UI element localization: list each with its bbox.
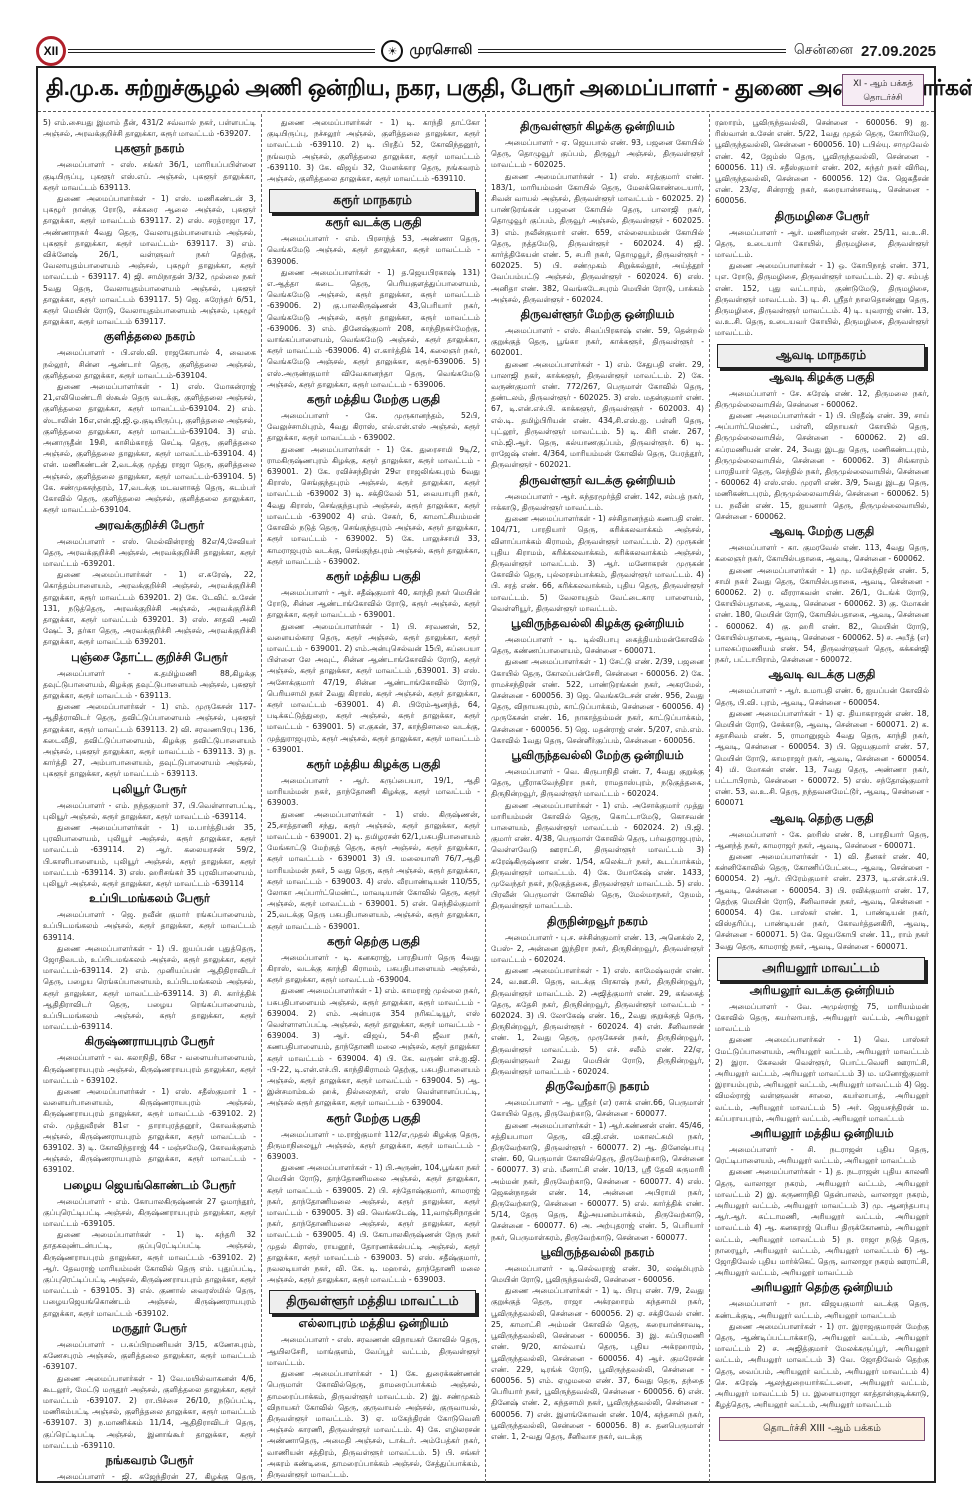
section-heading: திருவேற்காடு நகரம் (491, 1081, 704, 1095)
section-heading: ஆவடி வடக்கு பகுதி (715, 669, 929, 683)
appointment-paragraph: அமைப்பாளர் - கா. குமரவேல் எண். 113, 4வது… (715, 542, 929, 564)
appointment-paragraph: துணை அமைப்பாளர்கள் - 1) எஸ். கிருஷ்ணன், … (267, 809, 480, 932)
section-heading: புஞ்சை தோட்ட குறிச்சி பேரூர் (43, 652, 256, 666)
appointment-paragraph: துணை அமைப்பாளர்கள் - 1) எஸ். மணிகண்டன் 3… (43, 193, 256, 327)
column-2: துணை அமைப்பாளர்கள் - 1) டி. காந்தி தாட்க… (262, 114, 486, 1482)
appointment-paragraph: அமைப்பாளர் - ஆர். சுந்தரமூர்த்தி எண். 14… (491, 491, 704, 513)
appointment-paragraph: அமைப்பாளர் - ஆ. ஸ்ரீதர் (எ) ரசாக் எண்.66… (491, 1097, 704, 1119)
masthead: XII ☀ முரசொலி சென்னை 27.09.2025 (36, 36, 936, 66)
section-heading: அரவக்குறிச்சி பேரூர் (43, 520, 256, 534)
section-heading: ஆவடி கிழக்கு பகுதி (715, 372, 929, 386)
column-1: 5) எம்.சையது இமாம் தீன், 431/2 சவ்வால் ந… (38, 114, 262, 1482)
district-banner: திருவள்ளூர் மத்திய மாவட்டம் (269, 1290, 476, 1314)
section-heading: பழைய ஜெயங்கொண்டம் பேரூர் (43, 1180, 256, 1194)
appointment-paragraph: அமைப்பாளர் - வே. அமுல்ராஜ் 75, மாரியம்மன… (715, 1001, 929, 1035)
appointment-paragraph: ரஹாரம், பூவிருந்தவல்லி, சென்னை - 600056.… (715, 117, 929, 207)
appointment-paragraph: அமைப்பாளர் - எம். நந்தகுமார் 37, பி.வெள்… (43, 800, 256, 822)
masthead-rule-left (68, 49, 375, 53)
appointment-paragraph: துணை அமைப்பாளர்கள் - 1) கே. துரைக்கண்ணன்… (267, 1368, 480, 1480)
appointment-paragraph: அமைப்பாளர் - எஸ். மெல்வின்ராஜ் 82எ/4,சேவ… (43, 536, 256, 570)
appointment-paragraph: துணை அமைப்பாளர்கள் - 1) சச்சிதானந்தம் கண… (491, 513, 704, 614)
appointment-paragraph: அமைப்பாளர் - பு.ச. சச்சின்குமார் எண். 13… (491, 932, 704, 966)
section-heading: திருவள்ளூர் கிழக்கு ஒன்றியம் (491, 121, 704, 135)
appointment-paragraph: துணை அமைப்பாளர்கள் - 1) டி. காந்தி தாட்க… (267, 117, 480, 184)
appointment-paragraph: துணை அமைப்பாளர்கள் - 1) வி. தீனகர் எண். … (715, 851, 929, 952)
appointment-paragraph: அமைப்பாளர் - எம். கோபாலகிருஷ்ணன் 27 ஓமாந… (43, 1196, 256, 1230)
appointment-paragraph: துணை அமைப்பாளர்கள் - 1) த.ஜெயபிரகாஷ் 131… (267, 267, 480, 390)
appointment-paragraph: அமைப்பாளர் - டி. கனகராஜ், பாரதியார் தெரு… (267, 952, 480, 986)
section-heading: பூவிருந்தவல்லி கிழக்கு ஒன்றியம் (491, 618, 704, 632)
section-heading: திருநின்றவூர் நகரம் (491, 916, 704, 930)
appointment-paragraph: துணை அமைப்பாளர்கள் - 1) ம.பார்த்திபன் 35… (43, 822, 256, 889)
paper-logo: ☀ முரசொலி (381, 40, 472, 62)
appointment-paragraph: 5) எம்.சையது இமாம் தீன், 431/2 சவ்வால் ந… (43, 117, 256, 139)
appointment-paragraph: அமைப்பாளர் - பி.எஸ்.வி. ராஜகோபால் 4, வைக… (43, 347, 256, 381)
appointment-paragraph: துணை அமைப்பாளர்கள் - 1) மு. மகேந்திரன் எ… (715, 565, 929, 666)
appointment-paragraph: அமைப்பாளர் - சே. சுரேஷ் எண். 12, திருமலை… (715, 388, 929, 410)
appointment-paragraph: துணை அமைப்பாளர்கள் - 1) சேட்டு எண். 2/39… (491, 656, 704, 746)
appointment-paragraph: துணை அமைப்பாளர்கள் - 1) டி. சுந்தரி 32 த… (43, 1229, 256, 1319)
appointment-paragraph: அமைப்பாளர் - ஜி. கஜேந்திரன் 27, கிழக்கு … (43, 1471, 256, 1482)
section-heading: கரூர் மத்திய மேற்கு பகுதி (267, 394, 480, 408)
appointment-paragraph: துணை அமைப்பாளர்கள் - 1) எஸ். மோகன்ராஜ் 2… (43, 381, 256, 515)
appointment-paragraph: அமைப்பாளர் - கே. முருகானந்தம், 52பி, வேல… (267, 410, 480, 444)
section-heading: திருவள்ளூர் மேற்கு ஒன்றியம் (491, 309, 704, 323)
section-heading: மருதூர் பேரூர் (43, 1323, 256, 1337)
appointment-paragraph: துணை அமைப்பாளர்கள் - 1) எம். காமராஜ் முல… (267, 985, 480, 1108)
appointment-paragraph: துணை அமைப்பாளர்கள் - 1) வெ. பாஸ்கர் மேட்… (715, 1034, 929, 1124)
appointment-paragraph: அமைப்பாளர் - க.தமிழ்மணி 88,கிழக்கு தவுட்… (43, 668, 256, 702)
section-heading: நங்கவரம் பேரூர் (43, 1455, 256, 1469)
article-columns: 5) எம்.சையது இமாம் தீன், 431/2 சவ்வால் ந… (38, 114, 934, 1482)
appointment-paragraph: துணை அமைப்பாளர்கள் - 1) வே.மயில்வாகனன் 4… (43, 1373, 256, 1451)
section-heading: பூவிருந்தவல்லி நகரம் (491, 1247, 704, 1261)
rising-sun-emblem-icon: ☀ (381, 40, 403, 62)
appointment-paragraph: அமைப்பாளர் - ம.ராஜ்குமார் 112/எ,முதல் கி… (267, 1129, 480, 1163)
appointment-paragraph: அமைப்பாளர் - ஆர். உமாபதி எண். 6, ஐயப்பன்… (715, 685, 929, 707)
section-heading: கிருஷ்ணராயபுரம் பேரூர் (43, 1036, 256, 1050)
appointment-paragraph: அமைப்பாளர் - எஸ். சரவணன் விநாயகர் கோவில்… (267, 1334, 480, 1368)
appointment-paragraph: துணை அமைப்பாளர்கள் - 1) எம். முருகேசன் 1… (43, 701, 256, 779)
section-heading: அரியலூர் வடக்கு ஒன்றியம் (715, 985, 929, 999)
appointment-paragraph: அமைப்பாளர் - ஆர். மணிமாறன் எண். 25/11, வ… (715, 227, 929, 261)
section-heading: ஆவடி மேற்கு பகுதி (715, 526, 929, 540)
section-heading: அரியலூர் தெற்கு ஒன்றியம் (715, 1282, 929, 1296)
section-heading: திருமழிசை பேரூர் (715, 211, 929, 225)
column-3: திருவள்ளூர் கிழக்கு ஒன்றியம்அமைப்பாளர் -… (486, 114, 710, 1482)
section-heading: திருவள்ளூர் வடக்கு ஒன்றியம் (491, 475, 704, 489)
paper-name: முரசொலி (409, 42, 472, 60)
appointment-paragraph: அமைப்பாளர் - ஆர். சதீஷ்குமார் 40, காந்தி… (267, 587, 480, 621)
appointment-paragraph: அமைப்பாளர் - ப.சுப்பிரமணியன் 3/15, கணேசப… (43, 1339, 256, 1373)
section-heading: கரூர் தெற்கு பகுதி (267, 936, 480, 950)
appointment-paragraph: அமைப்பாளர் - நா. விஜயகுமார் வடக்கு தெரு,… (715, 1298, 929, 1320)
appointment-paragraph: துணை அமைப்பாளர்கள் - 1) எஸ். சரத்குமார் … (491, 171, 704, 305)
section-heading: கரூர் வடக்கு பகுதி (267, 217, 480, 231)
masthead-rule-right (478, 49, 785, 53)
district-banner: கரூர் மாநகரம் (269, 189, 476, 213)
appointment-paragraph: அமைப்பாளர் - ஆர். கருப்பையா, 19/1, ஆதி ம… (267, 775, 480, 809)
appointment-paragraph: அமைப்பாளர் - ஜெ. நவீன் குமார் ரங்கப்பாளை… (43, 909, 256, 943)
section-heading: கரூர் மத்திய பகுதி (267, 571, 480, 585)
section-heading: பூவிருந்தவல்லி மேற்கு ஒன்றியம் (491, 750, 704, 764)
continuation-from-badge: XI - ஆம் பக்கத் தொடர்ச்சி (842, 74, 924, 106)
appointment-paragraph: அமைப்பாளர் - டி. டில்லிபாபு கைத்தியம்மன்… (491, 634, 704, 656)
column-4: ரஹாரம், பூவிருந்தவல்லி, சென்னை - 600056.… (710, 114, 934, 1482)
appointment-paragraph: அமைப்பாளர் - எஸ். சங்கர் 36/1, மாரியப்பப… (43, 159, 256, 193)
district-banner: ஆவடி மாநகரம் (717, 344, 925, 368)
section-heading: புகளூர் நகரம் (43, 143, 256, 157)
appointment-paragraph: அமைப்பாளர் - எஸ். சிவப்பிரகாஷ் எண். 59, … (491, 325, 704, 359)
section-heading: கரூர் மத்திய கிழக்கு பகுதி (267, 759, 480, 773)
appointment-paragraph: துணை அமைப்பாளர்கள் - 1) த. நடராஜன் புதிய… (715, 1166, 929, 1278)
appointment-paragraph: அமைப்பாளர் - எம். பிரசாந்த் 53, அண்ணா தெ… (267, 233, 480, 267)
appointment-paragraph: அமைப்பாளர் - ஏ. ஜெயபால் எண். 93, பஜனை கோ… (491, 137, 704, 171)
section-heading: ஆவடி தெற்கு பகுதி (715, 813, 929, 827)
district-banner: அரியலூர் மாவட்டம் (717, 957, 925, 981)
section-heading: குளித்தலை நகரம் (43, 331, 256, 345)
appointment-paragraph: துணை அமைப்பாளர்கள் - 1) பி. ஐயப்பன் புது… (43, 943, 256, 1033)
appointment-paragraph: துணை அமைப்பாளர்கள் - 1) ஆர்.கண்ணன் எண். … (491, 1120, 704, 1243)
appointment-paragraph: துணை அமைப்பாளர்கள் - 1) ஏ. தியாகராஜன் எண… (715, 708, 929, 809)
appointment-paragraph: துணை அமைப்பாளர்கள் - 1) ரா. இராஜகுமாரன் … (715, 1321, 929, 1411)
continued-on-badge: தொடர்ச்சி XIII -ஆம் பக்கம் (719, 1417, 925, 1441)
section-heading: உப்பிடமங்கலம் பேரூர் (43, 893, 256, 907)
appointment-paragraph: அமைப்பாளர் - வ. கலாநிதி, 68எ - வளையர்பாள… (43, 1052, 256, 1086)
appointment-paragraph: துணை அமைப்பாளர்கள் - 1) எஸ். சதீஸ்குமார்… (43, 1086, 256, 1176)
section-heading: கரூர் மேற்கு பகுதி (267, 1113, 480, 1127)
section-heading: எல்லாபுரம் மத்திய ஒன்றியம் (267, 1318, 480, 1332)
appointment-paragraph: அமைப்பாளர் - சி. நடராஜன் புதிய தெரு, ரெட… (715, 1144, 929, 1166)
appointment-paragraph: அமைப்பாளர் - வெ. கிருபாநிதி எண். 7, 4வது… (491, 766, 704, 800)
appointment-paragraph: துணை அமைப்பாளர்கள் - 1) எ.சுரேஷ், 22, கொ… (43, 569, 256, 647)
section-heading: அரியலூர் மத்திய ஒன்றியம் (715, 1128, 929, 1142)
appointment-paragraph: துணை அமைப்பாளர்கள் - 1) எஸ். காமேஷ்வரன் … (491, 965, 704, 1077)
section-heading: புலியூர் பேரூர் (43, 784, 256, 798)
appointment-paragraph: துணை அமைப்பாளர்கள் - 1) பி. சரவணன், 52, … (267, 621, 480, 755)
article-frame: தி.மு.க. சுற்றுச்சூழல் அணி ஒன்றிய, நகர, … (36, 66, 936, 1483)
issue-date: 27.09.2025 (861, 43, 936, 60)
appointment-paragraph: துணை அமைப்பாளர்கள் - 1) எம். சேதுபதி எண்… (491, 359, 704, 471)
appointment-paragraph: துணை அமைப்பாளர்கள் - 1) பி. பிரதீஷ் எண்.… (715, 410, 929, 522)
appointment-paragraph: துணை அமைப்பாளர்கள் - 1) டி. பிரபு எண். 7… (491, 1285, 704, 1442)
headline-row: தி.மு.க. சுற்றுச்சூழல் அணி ஒன்றிய, நகர, … (38, 68, 934, 112)
headline: தி.மு.க. சுற்றுச்சூழல் அணி ஒன்றிய, நகர, … (46, 75, 972, 104)
page-number-badge: XII (36, 36, 66, 66)
appointment-paragraph: துணை அமைப்பாளர்கள் - 1) கே. துரைசாமி 9டி… (267, 444, 480, 567)
edition-city: சென்னை (794, 42, 853, 60)
appointment-paragraph: துணை அமைப்பாளர்கள் - 1) பி.அருண், 104,பூ… (267, 1162, 480, 1285)
appointment-paragraph: துணை அமைப்பாளர்கள் - 1) ஒ. கோபிநாத் எண்.… (715, 260, 929, 338)
appointment-paragraph: அமைப்பாளர் - டி.செல்வராஜ் எண். 30, லஷ்மி… (491, 1263, 704, 1285)
appointment-paragraph: துணை அமைப்பாளர்கள் - 1) எம். அசோக்குமார்… (491, 800, 704, 912)
appointment-paragraph: அமைப்பாளர் - கே. ஹரிஸ் எண். 8, பாரதியார்… (715, 829, 929, 851)
